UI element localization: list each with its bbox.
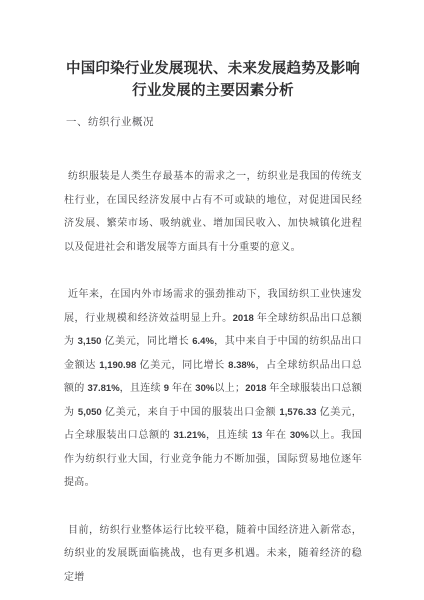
paragraph: 近年来，在国内外市场需求的强劲推动下，我国纺织工业快速发展，行业规模和经济效益明…	[64, 283, 362, 495]
text-run: 以上；	[214, 383, 245, 394]
document-page: 中国印染行业发展现状、未来发展趋势及影响 行业发展的主要因素分析 一、纺织行业概…	[0, 0, 424, 600]
paragraph: 纺织服装是人类生存最基本的需求之一，纺织业是我国的传统支柱行业，在国民经济发展中…	[64, 165, 362, 259]
number-run: 37.81%	[87, 383, 119, 394]
document-body: 纺织服装是人类生存最基本的需求之一，纺织业是我国的传统支柱行业，在国民经济发展中…	[64, 165, 362, 589]
document-title-line-1: 中国印染行业发展现状、未来发展趋势及影响	[60, 58, 366, 80]
number-run: 31.21%	[173, 430, 205, 441]
number-run: 30%	[195, 383, 214, 394]
number-run: 6.4%	[192, 336, 214, 347]
number-run: 3,150	[78, 336, 102, 347]
text-run: 亿美元，同比增长	[101, 336, 192, 347]
number-run: 13	[252, 430, 263, 441]
paragraph: 目前，纺织行业整体运行比较平稳，随着中国经济进入新常态，纺织业的发展既面临挑战，…	[64, 519, 362, 590]
number-run: 1,576.33	[279, 407, 316, 418]
number-run: 30%	[290, 430, 309, 441]
text-run: 亿美元，同比增长	[136, 360, 228, 371]
number-run: 2018	[233, 313, 254, 324]
document-title-line-2: 行业发展的主要因素分析	[60, 80, 366, 102]
text-run: 年在	[262, 430, 290, 441]
text-run: ，且连续	[120, 383, 164, 394]
number-run: 2018	[245, 383, 266, 394]
text-run: 目前，纺织行业整体运行比较平稳，随着中国经济进入新常态，纺织业的发展既面临挑战，…	[64, 525, 362, 583]
section-heading: 一、纺织行业概况	[66, 116, 362, 130]
text-run: 亿美元，来自于中国的服装出口金额	[102, 407, 280, 418]
text-run: ，且连续	[206, 430, 252, 441]
number-run: 1,190.98	[99, 360, 136, 371]
number-run: 5,050	[78, 407, 102, 418]
text-run: 纺织服装是人类生存最基本的需求之一，纺织业是我国的传统支柱行业，在国民经济发展中…	[64, 171, 362, 253]
text-run: 年在	[169, 383, 195, 394]
document-title: 中国印染行业发展现状、未来发展趋势及影响 行业发展的主要因素分析	[60, 58, 366, 102]
number-run: 8.38%	[228, 360, 255, 371]
